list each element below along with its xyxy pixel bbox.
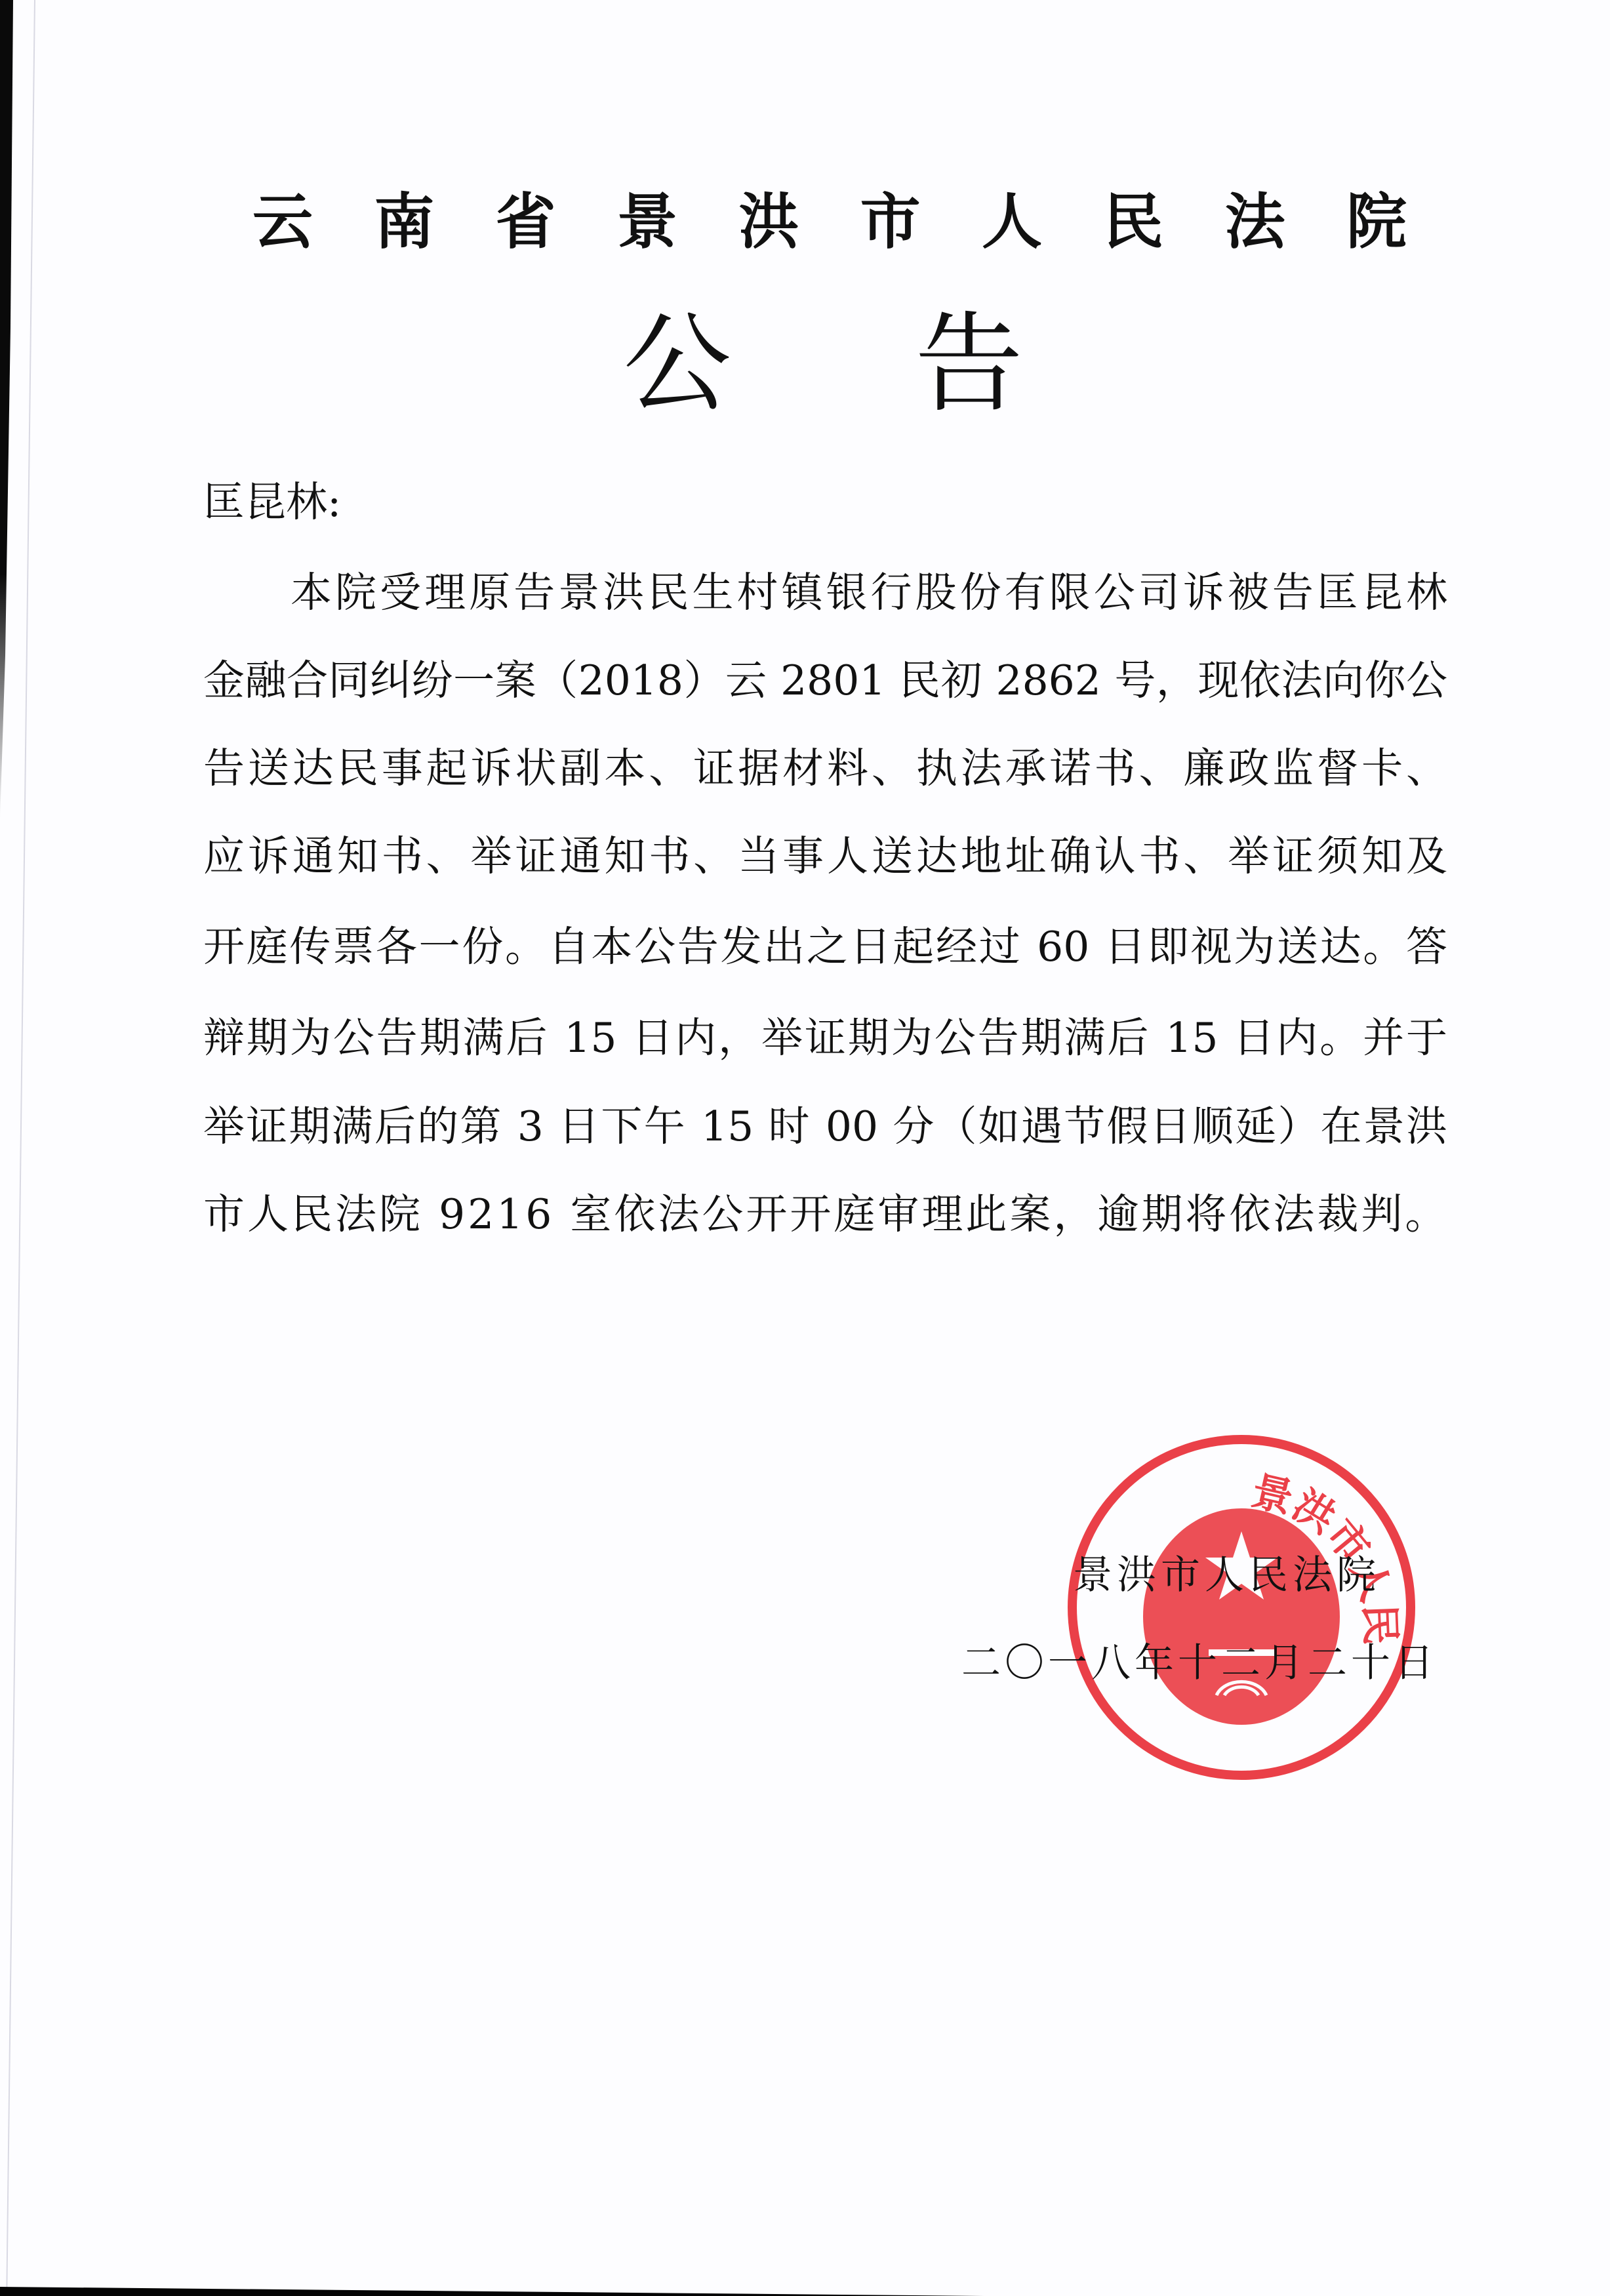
title-char: 南 — [374, 182, 434, 261]
court-title: 云 南 省 景 洪 市 人 民 法 院 — [252, 182, 1407, 261]
title-char: 景 — [617, 182, 677, 261]
title-char: 法 — [1225, 182, 1285, 261]
salutation: 匡昆林: — [203, 476, 341, 529]
court-seal: 景洪市人民法院 — [1066, 1433, 1417, 1782]
heading-char: 告 — [915, 298, 1023, 430]
document-page: 云 南 省 景 洪 市 人 民 法 院 公 告 匡昆林: 本院受理原告景洪民生村… — [0, 0, 1610, 2296]
body-line: 金融合同纠纷一案（2018）云 2801 民初 2862 号，现依法向你公 — [203, 655, 1447, 707]
title-char: 民 — [1103, 182, 1163, 261]
scan-border-left — [0, 0, 13, 820]
scan-edge-line — [6, 0, 35, 2296]
body-line: 开庭传票各一份。自本公告发出之日起经过 60 日即视为送达。答 — [203, 921, 1447, 973]
body-line: 举证期满后的第 3 日下午 15 时 00 分（如遇节假日顺延）在景洪 — [203, 1100, 1447, 1153]
scan-border-bottom — [0, 2287, 984, 2296]
signature-date: 二〇一八年十二月二十日 — [961, 1637, 1434, 1689]
title-char: 市 — [860, 182, 921, 261]
heading-char: 公 — [623, 298, 731, 430]
title-char: 人 — [982, 182, 1042, 261]
notice-heading: 公 告 — [623, 298, 1023, 430]
title-char: 云 — [252, 182, 313, 261]
body-line: 本院受理原告景洪民生村镇银行股份有限公司诉被告匡昆林 — [291, 567, 1447, 619]
body-line: 市人民法院 9216 室依法公开开庭审理此案，逾期将依法裁判。 — [203, 1188, 1449, 1241]
star-emblem-icon — [1143, 1508, 1340, 1725]
body-line: 告送达民事起诉状副本、证据材料、执法承诺书、廉政监督卡、 — [203, 742, 1447, 795]
title-char: 省 — [496, 182, 556, 261]
body-line: 应诉通知书、举证通知书、当事人送达地址确认书、举证须知及 — [203, 830, 1447, 883]
title-char: 院 — [1346, 182, 1407, 261]
title-char: 洪 — [738, 182, 799, 261]
signature-org: 景洪市人民法院 — [1073, 1549, 1376, 1601]
body-line: 辩期为公告期满后 15 日内，举证期为公告期满后 15 日内。并于 — [203, 1012, 1447, 1064]
